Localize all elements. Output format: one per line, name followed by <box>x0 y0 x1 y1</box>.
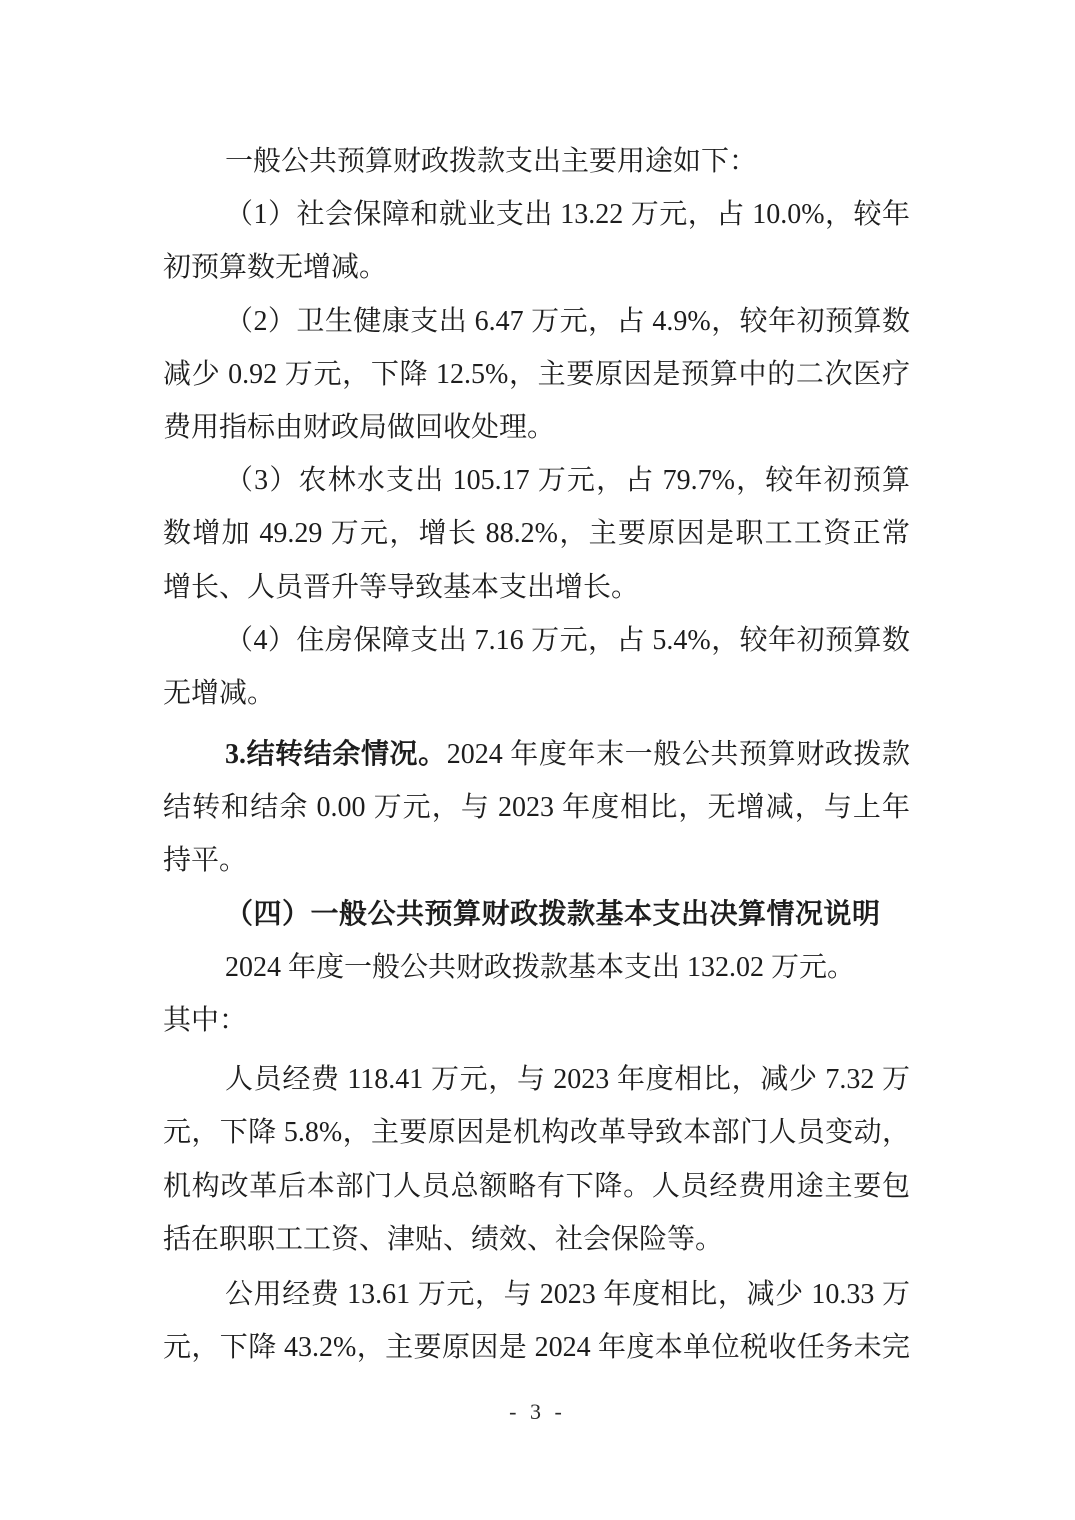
text-line: 初预算数无增减。 <box>163 241 910 294</box>
text-line: 无增减。 <box>163 667 910 720</box>
text-line: 机构改革后本部门人员总额略有下降。人员经费用途主要包 <box>163 1160 910 1213</box>
text-line: 结转和结余 0.00 万元，与 2023 年度相比，无增减，与上年 <box>163 781 910 834</box>
text-line: 其中： <box>163 994 910 1047</box>
document-page: 一般公共预算财政拨款支出主要用途如下： （1）社会保障和就业支出 13.22 万… <box>0 0 1075 1520</box>
paragraph-personnel-funds: 人员经费 118.41 万元，与 2023 年度相比，减少 7.32 万 元，下… <box>163 1053 910 1266</box>
carryover-bold-label: 3.结转结余情况。 <box>225 739 447 770</box>
text-line: 括在职职工工资、津贴、绩效、社会保险等。 <box>163 1213 910 1266</box>
paragraph-public-funds: 公用经费 13.61 万元，与 2023 年度相比，减少 10.33 万 元，下… <box>163 1268 910 1374</box>
text-line: 一般公共预算财政拨款支出主要用途如下： <box>163 135 910 188</box>
paragraph-carryover-balance: 3.结转结余情况。2024 年度年末一般公共预算财政拨款 结转和结余 0.00 … <box>163 728 910 888</box>
text-line: 人员经费 118.41 万元，与 2023 年度相比，减少 7.32 万 <box>163 1053 910 1106</box>
paragraph-item-3-agriculture: （3）农林水支出 105.17 万元，占 79.7%，较年初预算 数增加 49.… <box>163 454 910 614</box>
carryover-text: 2024 年度年末一般公共预算财政拨款 <box>447 739 910 770</box>
text-line: 持平。 <box>163 834 910 887</box>
page-number: - 3 - <box>509 1399 566 1424</box>
section-heading: （四）一般公共预算财政拨款基本支出决算情况说明 <box>163 888 910 941</box>
text-line: 公用经费 13.61 万元，与 2023 年度相比，减少 10.33 万 <box>163 1268 910 1321</box>
text-line: 元，下降 43.2%，主要原因是 2024 年度本单位税收任务未完 <box>163 1321 910 1374</box>
paragraph-item-4-housing: （4）住房保障支出 7.16 万元，占 5.4%，较年初预算数 无增减。 <box>163 614 910 720</box>
text-line: （4）住房保障支出 7.16 万元，占 5.4%，较年初预算数 <box>163 614 910 667</box>
page-footer: - 3 - <box>0 1399 1075 1425</box>
text-line: 元，下降 5.8%，主要原因是机构改革导致本部门人员变动， <box>163 1106 910 1159</box>
text-line: 费用指标由财政局做回收处理。 <box>163 401 910 454</box>
document-body: 一般公共预算财政拨款支出主要用途如下： （1）社会保障和就业支出 13.22 万… <box>163 135 910 1374</box>
paragraph-item-1-social-security: （1）社会保障和就业支出 13.22 万元，占 10.0%，较年 初预算数无增减… <box>163 188 910 294</box>
text-line: 增长、人员晋升等导致基本支出增长。 <box>163 561 910 614</box>
text-line: （2）卫生健康支出 6.47 万元，占 4.9%，较年初预算数 <box>163 295 910 348</box>
text-line: （1）社会保障和就业支出 13.22 万元，占 10.0%，较年 <box>163 188 910 241</box>
text-line: 减少 0.92 万元，下降 12.5%，主要原因是预算中的二次医疗 <box>163 348 910 401</box>
text-line: （3）农林水支出 105.17 万元，占 79.7%，较年初预算 <box>163 454 910 507</box>
text-line: 数增加 49.29 万元，增长 88.2%，主要原因是职工工资正常 <box>163 507 910 560</box>
paragraph-section-four-heading: （四）一般公共预算财政拨款基本支出决算情况说明 <box>163 888 910 941</box>
paragraph-basic-expenditure-total: 2024 年度一般公共财政拨款基本支出 132.02 万元。 其中： <box>163 941 910 1047</box>
text-line: 3.结转结余情况。2024 年度年末一般公共预算财政拨款 <box>163 728 910 781</box>
paragraph-intro: 一般公共预算财政拨款支出主要用途如下： <box>163 135 910 188</box>
text-line: 2024 年度一般公共财政拨款基本支出 132.02 万元。 <box>163 941 910 994</box>
paragraph-item-2-health: （2）卫生健康支出 6.47 万元，占 4.9%，较年初预算数 减少 0.92 … <box>163 295 910 455</box>
